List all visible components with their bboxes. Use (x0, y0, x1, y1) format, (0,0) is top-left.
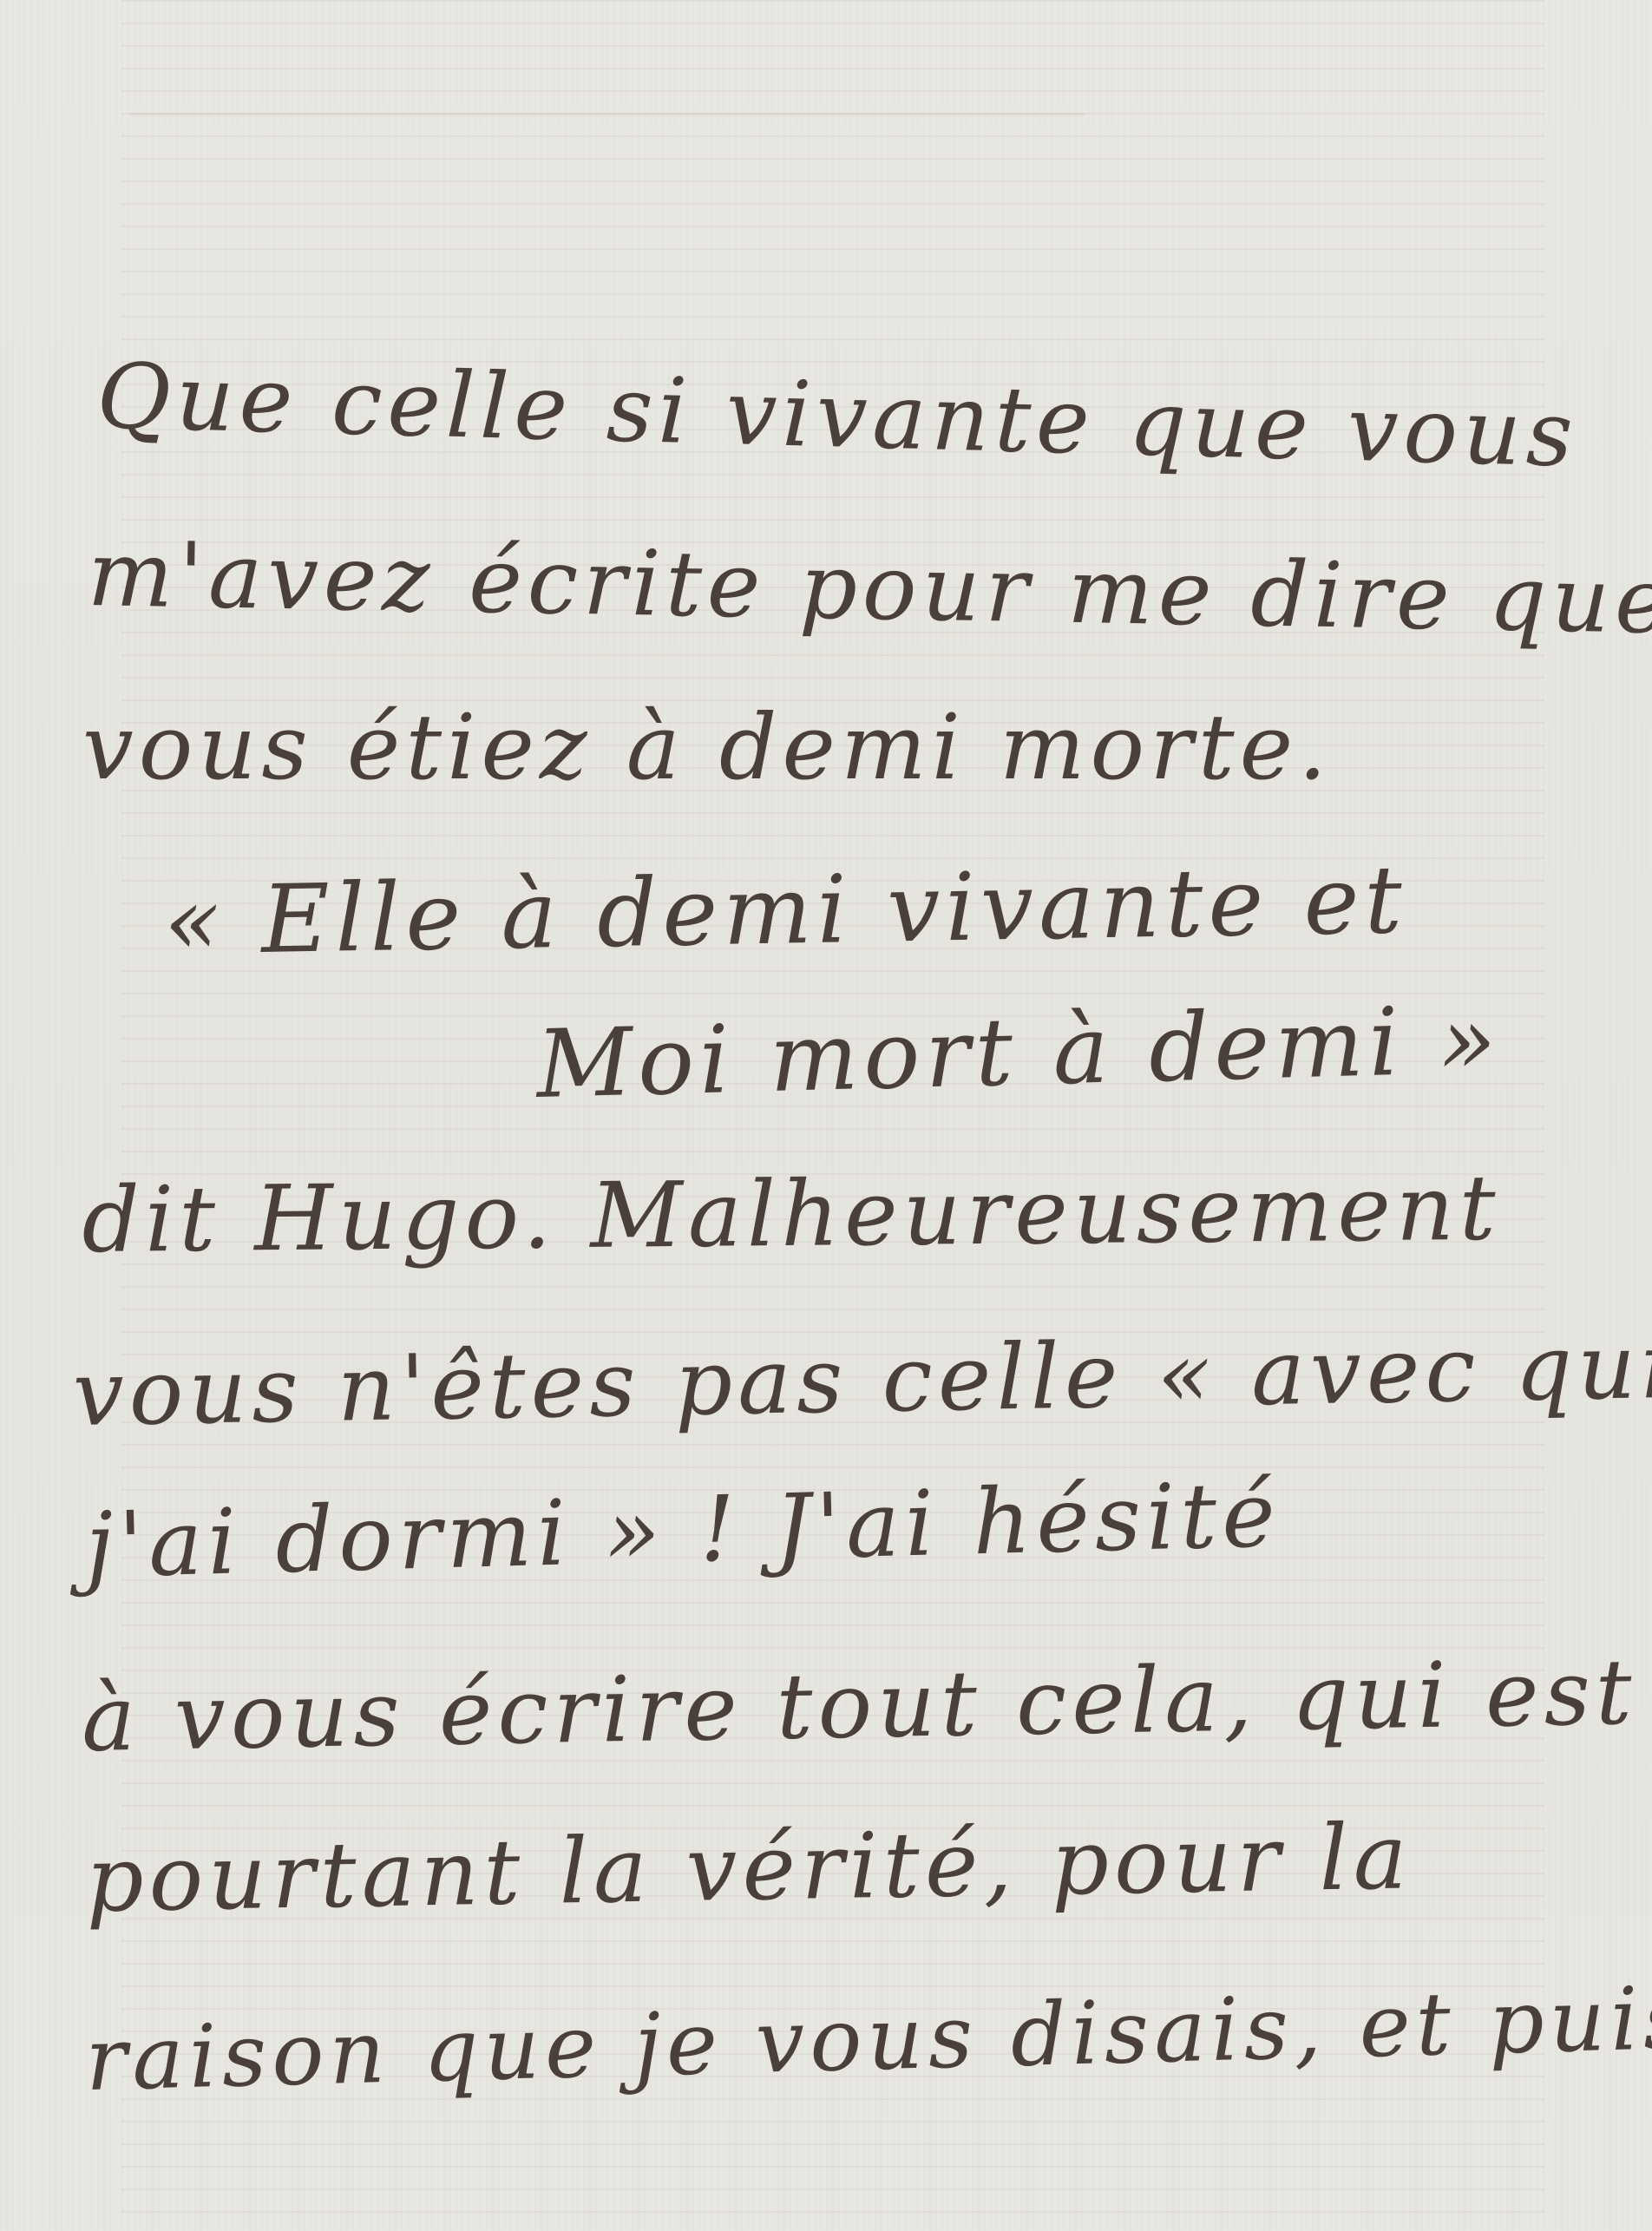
handwritten-line-4-quote-start: « Elle à demi vivante et (163, 846, 1408, 976)
faint-letterhead-bleedthrough (130, 9, 1085, 115)
handwritten-line-3: vous étiez à demi morte. (82, 694, 1332, 800)
handwritten-line-6: dit Hugo. Malheureusement (82, 1155, 1501, 1273)
